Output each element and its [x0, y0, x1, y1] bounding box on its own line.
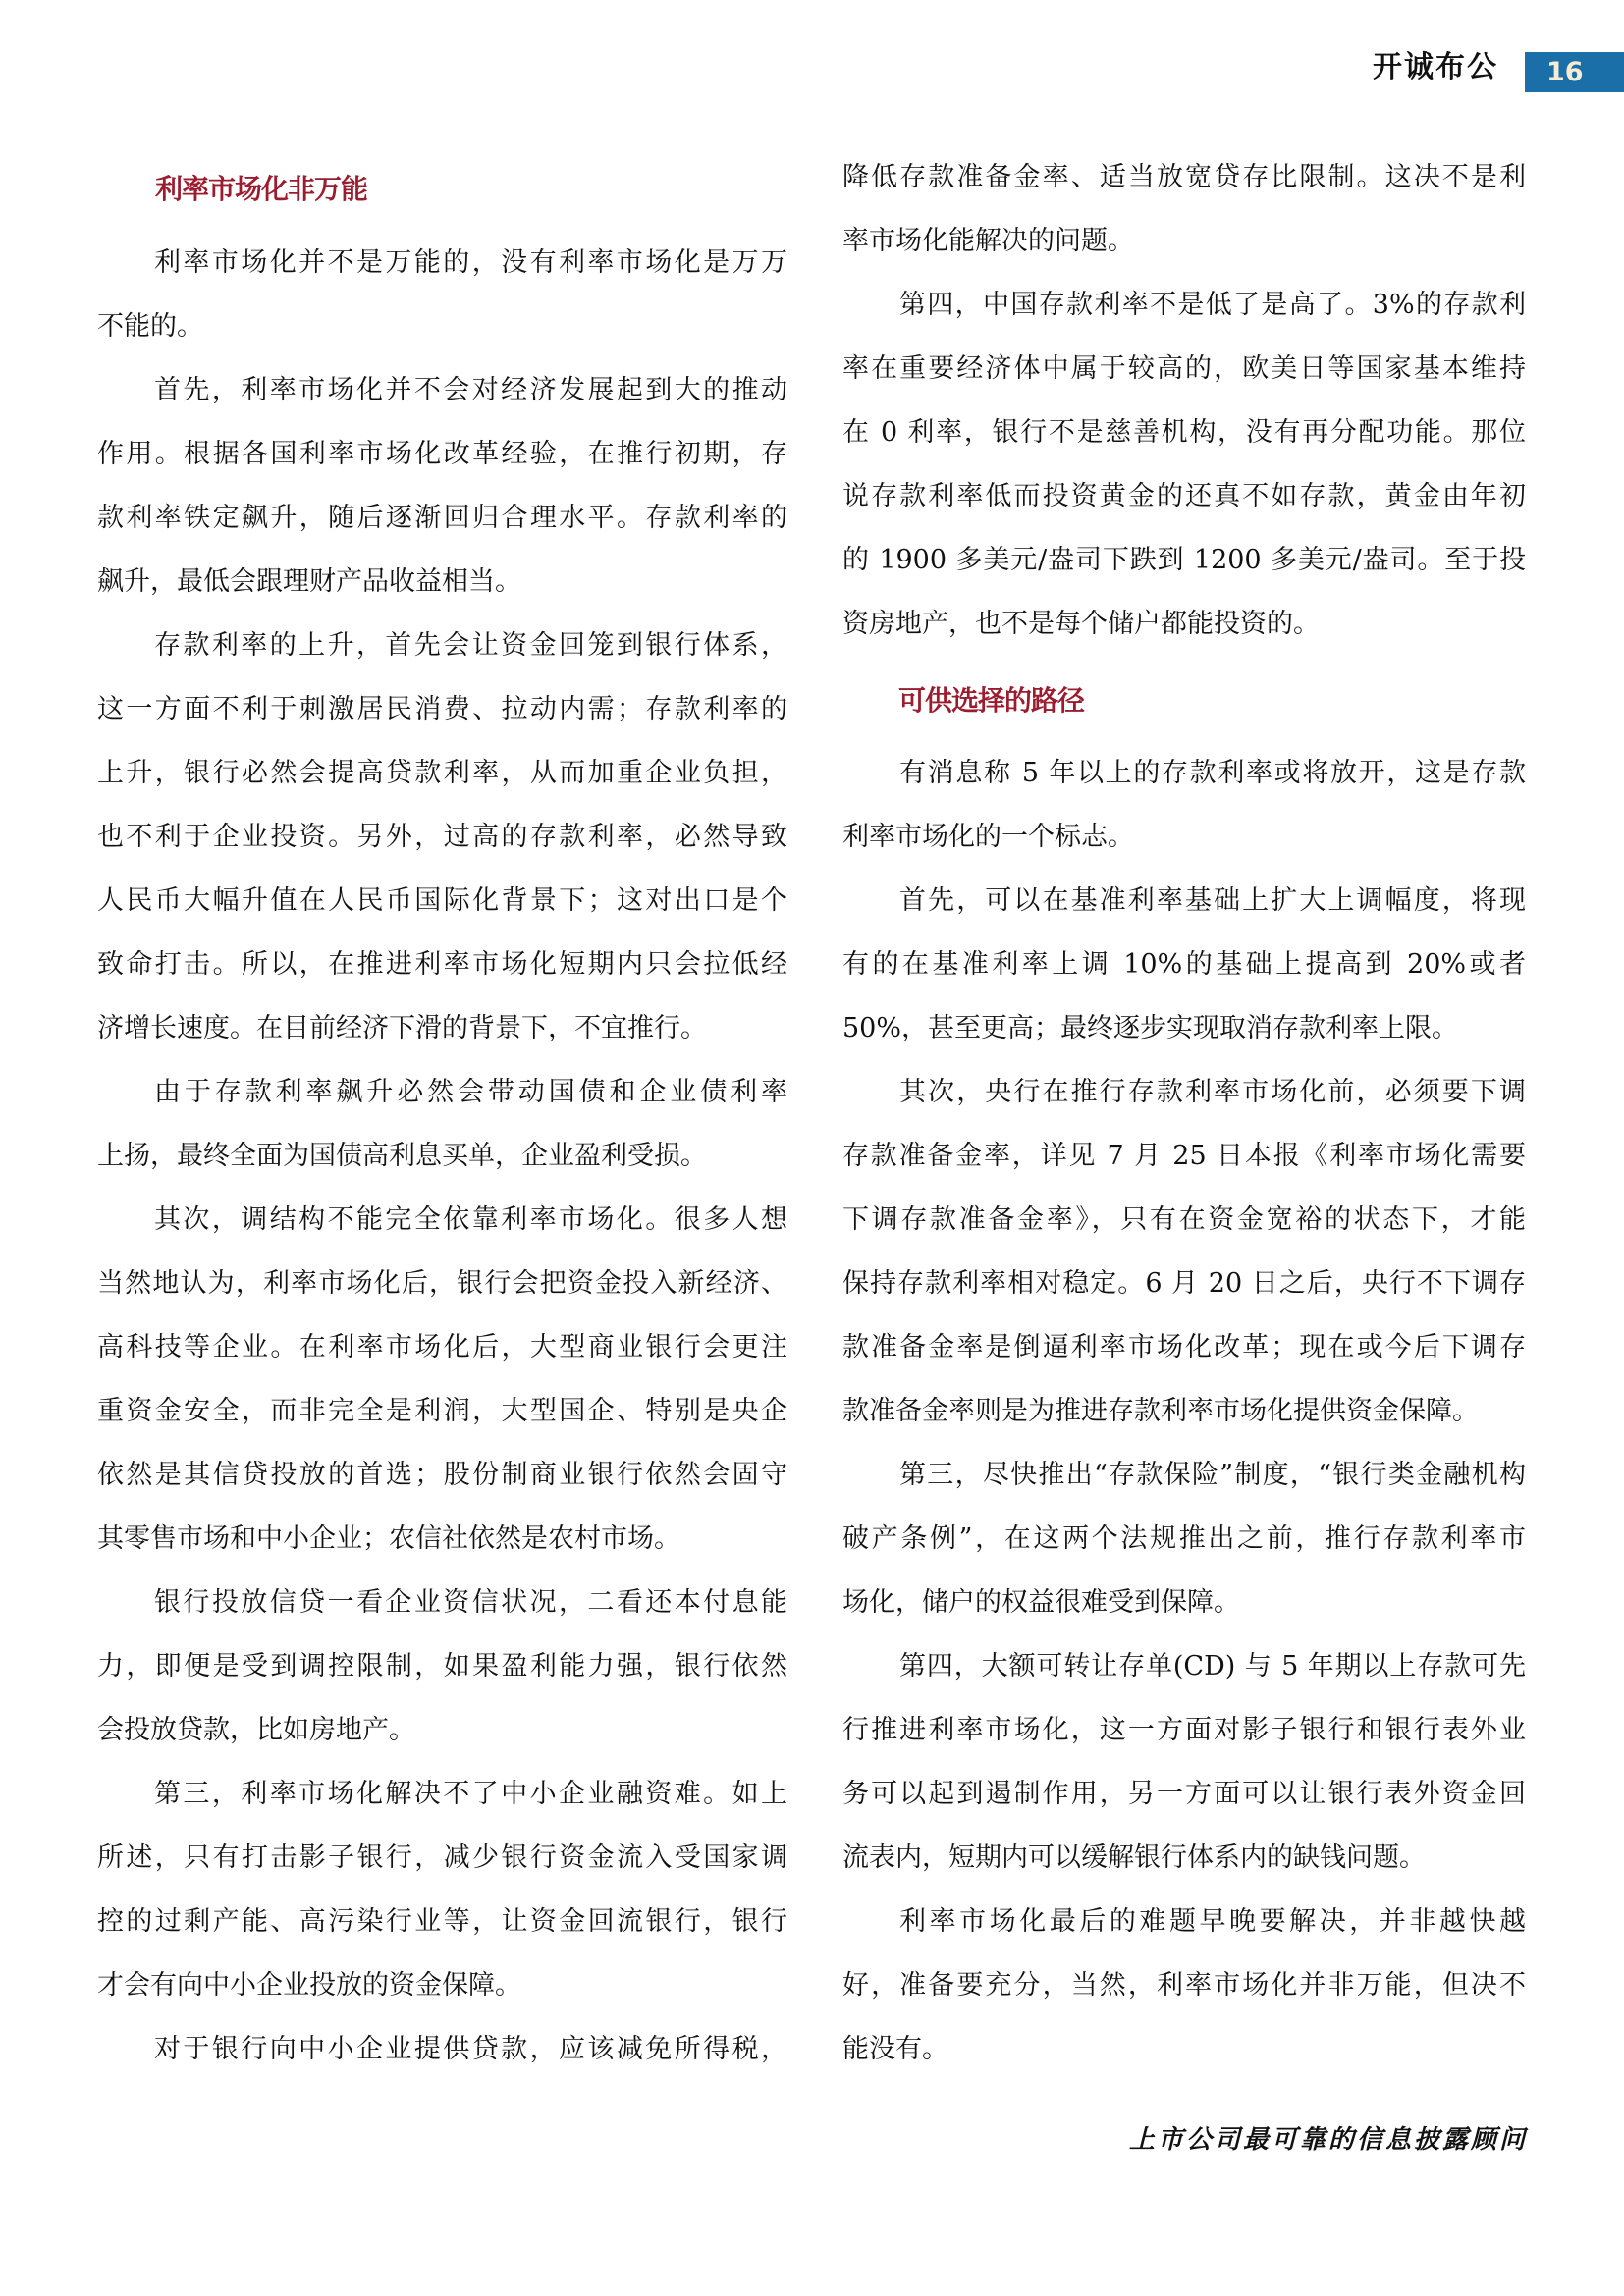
text-line: 务可以起到遏制作用，另一方面可以让银行表外资金回	[842, 1775, 1526, 1814]
section-heading-right: 可供选择的路径	[898, 681, 1084, 721]
text-line: 其零售市场和中小企业；农信社依然是农村市场。	[97, 1520, 787, 1559]
text-line: 在 0 利率，银行不是慈善机构，没有再分配功能。那位	[842, 413, 1526, 453]
text-line: 银行投放信贷一看企业资信状况，二看还本付息能	[97, 1583, 787, 1623]
text-line: 所述，只有打击影子银行，减少银行资金流入受国家调	[97, 1839, 787, 1878]
text-line: 也不利于企业投资。另外，过高的存款利率，必然导致	[97, 818, 787, 857]
text-line: 依然是其信贷投放的首选；股份制商业银行依然会固守	[97, 1456, 787, 1495]
text-line: 率市场化能解决的问题。	[842, 222, 1526, 261]
text-line: 其次，央行在推行存款利率市场化前，必须要下调	[842, 1073, 1526, 1112]
text-line: 第四，中国存款利率不是低了是高了。3%的存款利	[842, 286, 1526, 325]
text-line: 济增长速度。在目前经济下滑的背景下，不宜推行。	[97, 1009, 787, 1048]
text-line: 利率市场化最后的难题早晚要解决，并非越快越	[842, 1902, 1526, 1942]
text-line: 高科技等企业。在利率市场化后，大型商业银行会更注	[97, 1328, 787, 1367]
text-line: 存款准备金率，详见 7 月 25 日本报《利率市场化需要	[842, 1137, 1526, 1176]
text-line: 其次，调结构不能完全依靠利率市场化。很多人想	[97, 1201, 787, 1240]
text-line: 存款利率的上升，首先会让资金回笼到银行体系，	[97, 626, 787, 666]
text-line: 飙升，最低会跟理财产品收益相当。	[97, 562, 787, 602]
text-line: 流表内，短期内可以缓解银行体系内的缺钱问题。	[842, 1839, 1526, 1878]
text-line: 人民币大幅升值在人民币国际化背景下；这对出口是个	[97, 881, 787, 921]
text-line: 这一方面不利于刺激居民消费、拉动内需；存款利率的	[97, 690, 787, 729]
footer-slogan: 上市公司最可靠的信息披露顾问	[1129, 2120, 1526, 2160]
text-line: 场化，储户的权益很难受到保障。	[842, 1583, 1526, 1623]
text-line: 款准备金率是倒逼利率市场化改革；现在或今后下调存	[842, 1328, 1526, 1367]
section-heading-left: 利率市场化非万能	[155, 170, 367, 209]
text-line: 不能的。	[97, 307, 787, 347]
text-line: 力，即便是受到调控限制，如果盈利能力强，银行依然	[97, 1647, 787, 1686]
text-line: 的 1900 多美元/盎司下跌到 1200 多美元/盎司。至于投	[842, 541, 1526, 580]
publication-title: 开诚布公	[1373, 51, 1512, 84]
text-line: 会投放贷款，比如房地产。	[97, 1711, 787, 1750]
text-line: 50%，甚至更高；最终逐步实现取消存款利率上限。	[842, 1009, 1526, 1048]
text-line: 破产条例”，在这两个法规推出之前，推行存款利率市	[842, 1520, 1526, 1559]
text-line: 保持存款利率相对稳定。6 月 20 日之后，央行不下调存	[842, 1264, 1526, 1304]
text-line: 降低存款准备金率、适当放宽贷存比限制。这决不是利	[842, 158, 1526, 197]
text-line: 下调存款准备金率》，只有在资金宽裕的状态下，才能	[842, 1201, 1526, 1240]
page-number: 16	[1546, 52, 1584, 92]
text-line: 率在重要经济体中属于较高的，欧美日等国家基本维持	[842, 349, 1526, 389]
text-line: 重资金安全，而非完全是利润，大型国企、特别是央企	[97, 1392, 787, 1431]
text-line: 有的在基准利率上调 10%的基础上提高到 20%或者	[842, 945, 1526, 985]
text-line: 款利率铁定飙升，随后逐渐回归合理水平。存款利率的	[97, 499, 787, 538]
text-line: 行推进利率市场化，这一方面对影子银行和银行表外业	[842, 1711, 1526, 1750]
text-line: 好，准备要充分，当然，利率市场化并非万能，但决不	[842, 1966, 1526, 2005]
text-line: 利率市场化并不是万能的，没有利率市场化是万万	[97, 243, 787, 283]
text-line: 当然地认为，利率市场化后，银行会把资金投入新经济、	[97, 1264, 787, 1304]
text-line: 能没有。	[842, 2030, 1526, 2069]
text-line: 对于银行向中小企业提供贷款，应该减免所得税，	[97, 2030, 787, 2069]
text-line: 说存款利率低而投资黄金的还真不如存款，黄金由年初	[842, 477, 1526, 516]
text-line: 上升，银行必然会提高贷款利率，从而加重企业负担，	[97, 754, 787, 793]
text-line: 资房地产，也不是每个储户都能投资的。	[842, 605, 1526, 644]
text-line: 才会有向中小企业投放的资金保障。	[97, 1966, 787, 2005]
text-line: 致命打击。所以，在推进利率市场化短期内只会拉低经	[97, 945, 787, 985]
text-line: 首先，可以在基准利率基础上扩大上调幅度，将现	[842, 881, 1526, 921]
text-line: 作用。根据各国利率市场化改革经验，在推行初期，存	[97, 435, 787, 474]
text-line: 由于存款利率飙升必然会带动国债和企业债利率	[97, 1073, 787, 1112]
text-line: 上扬，最终全面为国债高利息买单，企业盈利受损。	[97, 1137, 787, 1176]
text-line: 首先，利率市场化并不会对经济发展起到大的推动	[97, 371, 787, 410]
text-line: 有消息称 5 年以上的存款利率或将放开，这是存款	[842, 754, 1526, 793]
text-line: 第三，尽快推出“存款保险”制度，“银行类金融机构	[842, 1456, 1526, 1495]
text-line: 款准备金率则是为推进存款利率市场化提供资金保障。	[842, 1392, 1526, 1431]
page-number-badge: 16	[1525, 52, 1624, 92]
text-line: 控的过剩产能、高污染行业等，让资金回流银行，银行	[97, 1902, 787, 1942]
text-line: 第四，大额可转让存单(CD) 与 5 年期以上存款可先	[842, 1647, 1526, 1686]
text-line: 第三，利率市场化解决不了中小企业融资难。如上	[97, 1775, 787, 1814]
text-line: 利率市场化的一个标志。	[842, 818, 1526, 857]
